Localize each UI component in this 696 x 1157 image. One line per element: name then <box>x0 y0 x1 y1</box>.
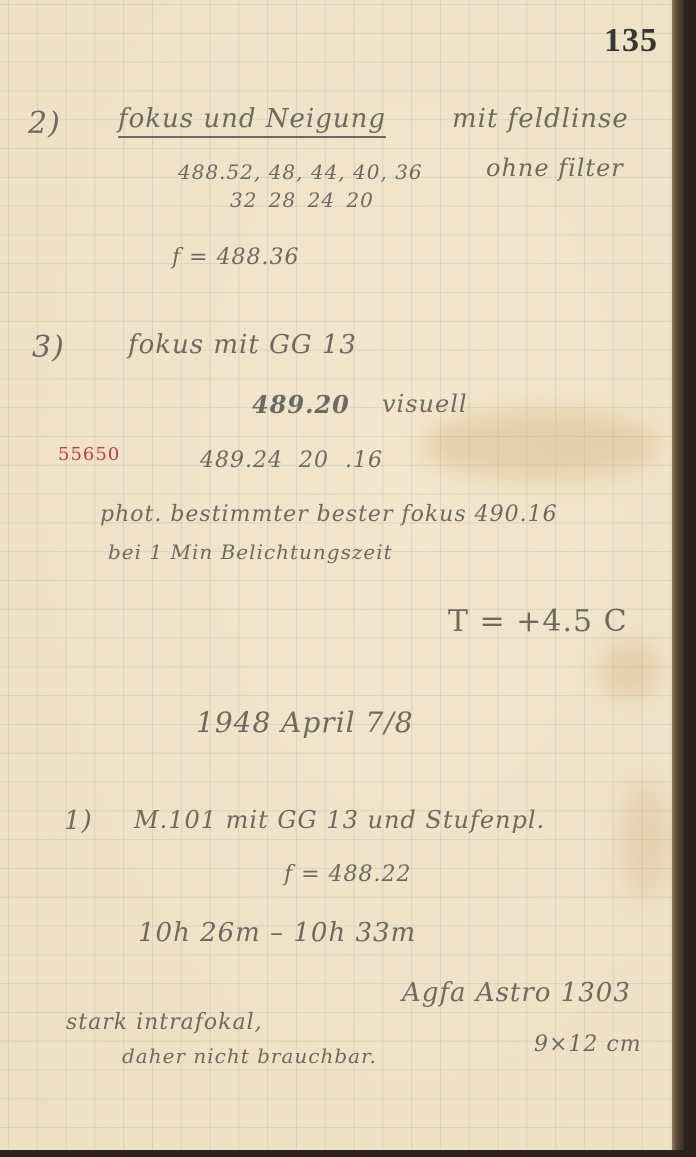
section-2-title: fokus und Neigung <box>118 104 386 138</box>
section-2-label: 2) <box>28 106 61 141</box>
notebook-page: 135 2) fokus und Neigung mit feldlinse o… <box>0 0 684 1150</box>
temperature: T = +4.5 C <box>448 604 628 639</box>
plate-size: 9×12 cm <box>534 1032 642 1057</box>
exposure-time-range: 10h 26m – 10h 33m <box>138 918 416 948</box>
section-3-label: 3) <box>32 330 65 365</box>
remark-line-2: daher nicht brauchbar. <box>122 1044 377 1068</box>
section-2-note-1: mit feldlinse <box>452 104 629 134</box>
water-stain <box>420 410 660 480</box>
red-margin-note: 55650 <box>58 444 120 465</box>
section-2-note-2: ohne filter <box>486 154 624 182</box>
water-stain <box>600 640 660 700</box>
remark-line-1: stark intrafokal, <box>66 1010 263 1035</box>
visual-focus-value: 489.20 <box>252 390 350 419</box>
notebook-spine <box>672 0 684 1150</box>
section-3-title: fokus mit GG 13 <box>128 330 357 360</box>
section-3-values: 489.24 20 .16 <box>200 448 383 473</box>
page-number: 135 <box>604 22 658 60</box>
section-2-values-2: 32 28 24 20 <box>230 188 374 212</box>
visual-focus-label: visuell <box>382 390 468 418</box>
plate-type: Agfa Astro 1303 <box>402 978 631 1008</box>
photographic-focus-line-1: phot. bestimmter bester fokus 490.16 <box>100 502 558 527</box>
water-stain <box>620 780 670 900</box>
section-1-title: M.101 mit GG 13 und Stufenpl. <box>134 806 545 834</box>
section-1-focus: f = 488.22 <box>284 862 412 887</box>
section-1-label: 1) <box>64 806 93 836</box>
date-header: 1948 April 7/8 <box>196 706 414 739</box>
section-2-result: f = 488.36 <box>172 245 300 270</box>
photographic-focus-line-2: bei 1 Min Belichtungszeit <box>108 540 393 564</box>
section-2-values-1: 488.52, 48, 44, 40, 36 <box>178 160 423 184</box>
